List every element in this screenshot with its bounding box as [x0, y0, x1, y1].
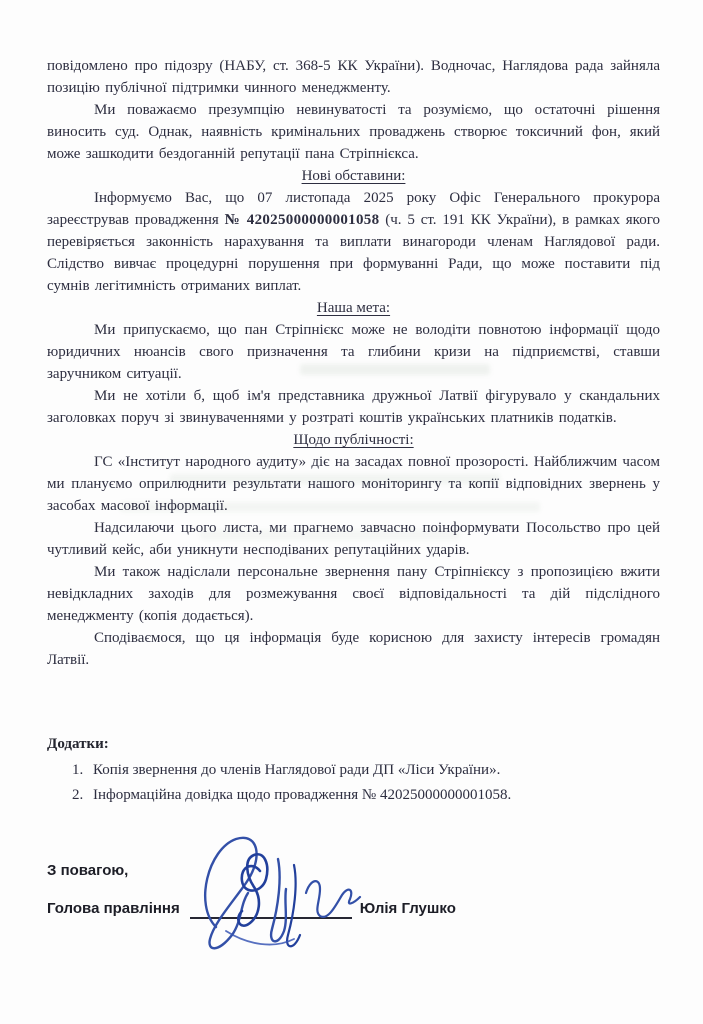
paragraph: Ми не хотіли б, щоб ім'я представника др…	[47, 385, 660, 429]
attachment-item: Інформаційна довідка щодо провадження № …	[87, 783, 660, 808]
signature-block: З повагою, Голова правління	[47, 860, 660, 920]
signer-role: Голова правління	[47, 898, 180, 920]
paragraph: Ми припускаємо, що пан Стріпнієкс може н…	[47, 319, 660, 385]
attachments-list: Копія звернення до членів Наглядової рад…	[47, 758, 660, 808]
section-heading-new-circumstances: Нові обставини:	[47, 165, 660, 187]
paragraph: Інформуємо Вас, що 07 листопада 2025 рок…	[47, 187, 660, 297]
scanned-letter-page: повідомлено про підозру (НАБУ, ст. 368-5…	[0, 0, 703, 1024]
case-number: № 42025000000001058	[225, 212, 380, 228]
paragraph: Сподіваємося, що ця інформація буде кори…	[47, 627, 660, 671]
paragraph: ГС «Інститут народного аудиту» діє на за…	[47, 451, 660, 517]
attachments-section: Додатки: Копія звернення до членів Нагля…	[47, 733, 660, 808]
paragraph-continuation: повідомлено про підозру (НАБУ, ст. 368-5…	[47, 55, 660, 99]
handwritten-signature	[182, 831, 367, 959]
signer-name: Юлія Глушко	[360, 898, 456, 920]
paragraph: Ми також надіслали персональне звернення…	[47, 561, 660, 627]
section-heading-publicity: Щодо публічності:	[47, 429, 660, 451]
closing-salutation: З повагою,	[47, 860, 660, 882]
attachments-title: Додатки:	[47, 733, 660, 755]
paragraph: Ми поважаємо презумпцію невинуватості та…	[47, 99, 660, 165]
section-heading-our-goal: Наша мета:	[47, 297, 660, 319]
attachment-item: Копія звернення до членів Наглядової рад…	[87, 758, 660, 783]
paragraph: Надсилаючи цього листа, ми прагнемо завч…	[47, 517, 660, 561]
signature-row: Голова правління	[47, 898, 660, 920]
signature-line	[190, 899, 352, 919]
